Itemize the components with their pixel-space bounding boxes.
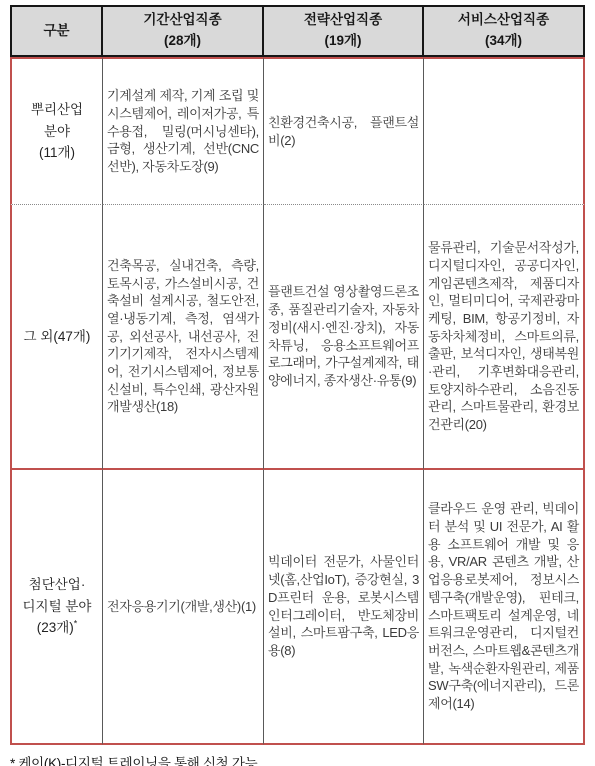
header-count: (28개) (164, 31, 201, 52)
cell-r3-strategic-industry: 빅데이터 전문가, 사물인터넷(홈,산업IoT), 증강현실, 3D프린터 운용… (264, 470, 424, 745)
category-label: 그 외(47개) (24, 329, 91, 344)
occupation-list: 친환경건축시공, 플랜트설비(2) (268, 114, 419, 149)
header-label: 전략산업직종 (304, 10, 382, 31)
cell-r1-category: 뿌리산업 분야 (11개) (10, 57, 103, 205)
cell-r3-service-industry: 클라우드 운영 관리, 빅데이터 분석 및 UI 전문가, AI 활용 소프트웨… (424, 470, 585, 745)
occupation-list: 물류관리, 기술문서작성가, 디지털디자인, 공공디자인, 게임콘텐츠제작, 제… (428, 239, 579, 433)
occupation-list: 빅데이터 전문가, 사물인터넷(홈,산업IoT), 증강현실, 3D프린터 운용… (268, 553, 419, 659)
cell-r2-category: 그 외(47개) (10, 205, 103, 470)
category-label: 뿌리산업 분야 (11개) (31, 102, 83, 160)
category-footnote-marker: * (74, 619, 78, 629)
document-page: 구분 기간산업직종 (28개) 전략산업직종 (19개) 서비스산업직종 (34… (0, 0, 595, 766)
header-label: 기간산업직종 (143, 10, 221, 31)
table-footnote: * 케이(K)-디지털 트레이닝을 통해 신청 가능 (10, 752, 595, 766)
cell-r1-strategic-industry: 친환경건축시공, 플랜트설비(2) (264, 57, 424, 205)
header-count: (34개) (485, 31, 522, 52)
cell-r1-base-industry: 기계설계 제작, 기계 조립 및 시스템제어, 레이저가공, 특수용접, 밀링(… (103, 57, 264, 205)
cell-r2-base-industry: 건축목공, 실내건축, 측량, 토목시공, 가스설비시공, 건축설비 설계시공,… (103, 205, 264, 470)
cell-r3-base-industry: 전자응용기기(개발,생산)(1) (103, 470, 264, 745)
header-cell-category: 구분 (10, 5, 103, 57)
occupation-list: 기계설계 제작, 기계 조립 및 시스템제어, 레이저가공, 특수용접, 밀링(… (107, 87, 259, 175)
header-label: 서비스산업직종 (458, 10, 549, 31)
header-cell-base-industry: 기간산업직종 (28개) (103, 5, 264, 57)
cell-r3-category: 첨단산업· 디지털 분야 (23개)* (10, 470, 103, 745)
header-label: 구분 (43, 21, 69, 42)
header-count: (19개) (324, 31, 361, 52)
header-cell-strategic-industry: 전략산업직종 (19개) (264, 5, 424, 57)
cell-r2-strategic-industry: 플랜트건설 영상촬영드론조종, 품질관리기술자, 자동차정비(새시·엔진·장치)… (264, 205, 424, 470)
category-label: 첨단산업· 디지털 분야 (23개) (23, 577, 92, 635)
cell-r2-service-industry: 물류관리, 기술문서작성가, 디지털디자인, 공공디자인, 게임콘텐츠제작, 제… (424, 205, 585, 470)
industry-occupation-table: 구분 기간산업직종 (28개) 전략산업직종 (19개) 서비스산업직종 (34… (10, 5, 585, 745)
occupation-list: 건축목공, 실내건축, 측량, 토목시공, 가스설비시공, 건축설비 설계시공,… (107, 257, 259, 416)
occupation-list: 전자응용기기(개발,생산)(1) (107, 598, 259, 616)
cell-r1-service-industry (424, 57, 585, 205)
occupation-list: 클라우드 운영 관리, 빅데이터 분석 및 UI 전문가, AI 활용 소프트웨… (428, 500, 579, 712)
header-cell-service-industry: 서비스산업직종 (34개) (424, 5, 585, 57)
occupation-list: 플랜트건설 영상촬영드론조종, 품질관리기술자, 자동차정비(새시·엔진·장치)… (268, 283, 419, 389)
